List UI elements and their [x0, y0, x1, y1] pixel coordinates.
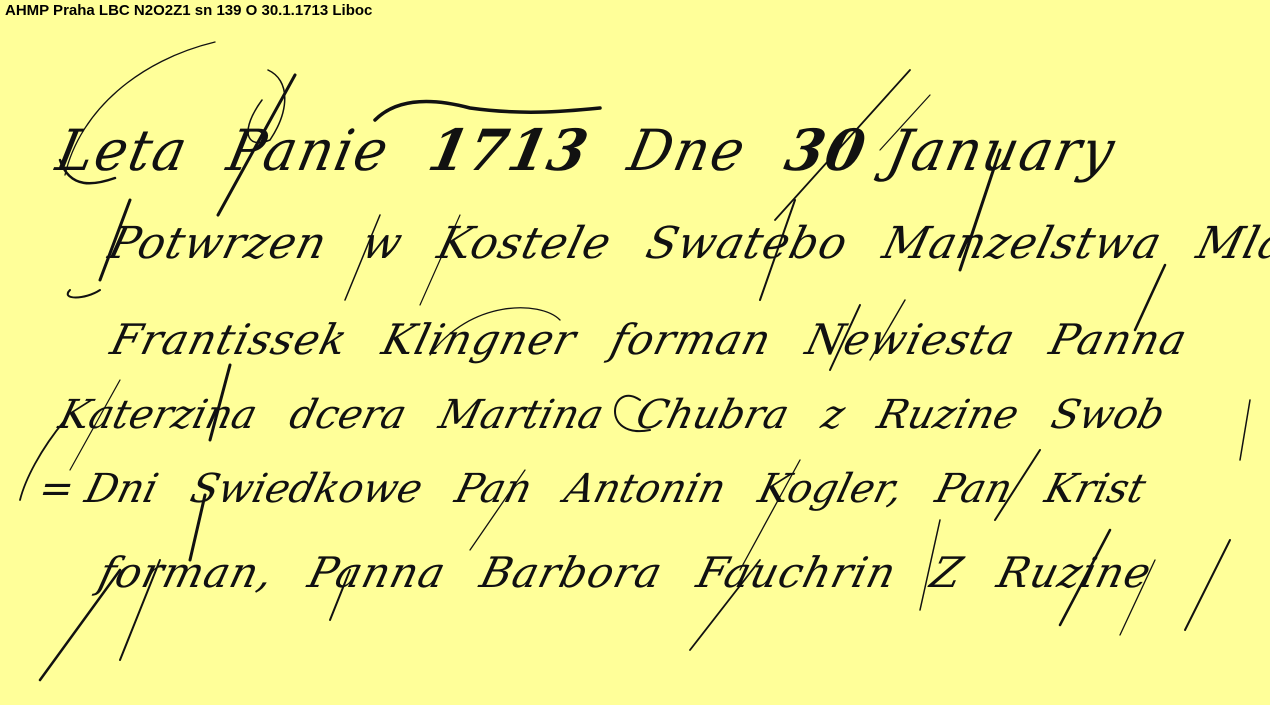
word: Dne: [622, 117, 752, 183]
witness-surname: Fauchrin: [692, 548, 902, 597]
day: 30: [780, 116, 873, 183]
word: forman: [606, 315, 777, 364]
word: Z: [926, 548, 968, 597]
place: Ruzine: [873, 392, 1024, 438]
place: Ruzine: [992, 548, 1156, 597]
year: 1713: [423, 116, 596, 183]
word: Swiedkowe: [186, 466, 427, 512]
register-page: AHMP Praha LBC N2O2Z1 sn 139 O 30.1.1713…: [0, 0, 1270, 705]
word: Manzelstwa: [878, 218, 1168, 269]
entry-line-1: Leta Panie 1713 Dne 30 January: [51, 116, 1144, 183]
word: Chubra: [632, 392, 794, 438]
witness-name: Barbora: [475, 548, 667, 597]
entry-line-5: = Dni Swiedkowe Pan Antonin Kogler, Pan …: [34, 466, 1172, 512]
word: Swatebo: [641, 218, 853, 269]
word: Pan: [451, 466, 537, 512]
word: Martina: [434, 392, 608, 438]
word: Leta: [51, 117, 195, 183]
word: Pan: [931, 466, 1017, 512]
groom-surname: Klingner: [377, 315, 581, 364]
bride-name: Katerzina: [54, 392, 262, 438]
word: forman,: [94, 548, 279, 597]
word: Swob: [1047, 392, 1170, 438]
word: Mladen: [1192, 218, 1270, 269]
entry-line-2: Potwrzen w Kostele Swatebo Manzelstwa Ml…: [104, 218, 1270, 269]
word: Panna: [1045, 315, 1193, 364]
word: Panie: [222, 117, 396, 183]
word: = Dni: [34, 466, 162, 512]
month: January: [882, 117, 1122, 183]
entry-line-4: Katerzina dcera Martina Chubra z Ruzine …: [54, 392, 1191, 438]
entry-line-3: Frantissek Klingner forman Newiesta Pann…: [106, 315, 1215, 364]
word: Potwrzen: [104, 218, 333, 269]
entry-line-6: forman, Panna Barbora Fauchrin Z Ruzine: [94, 548, 1179, 597]
witness-name: Antonin: [560, 466, 731, 512]
word: Panna: [303, 548, 451, 597]
word: dcera: [285, 392, 411, 438]
word: Newiesta: [801, 315, 1021, 364]
witness-surname: Kogler,: [754, 466, 908, 512]
word: Kostele: [433, 218, 617, 269]
groom-name: Frantissek: [106, 315, 353, 364]
word: z: [817, 392, 850, 438]
word: w: [357, 218, 408, 269]
word: Krist: [1040, 466, 1150, 512]
